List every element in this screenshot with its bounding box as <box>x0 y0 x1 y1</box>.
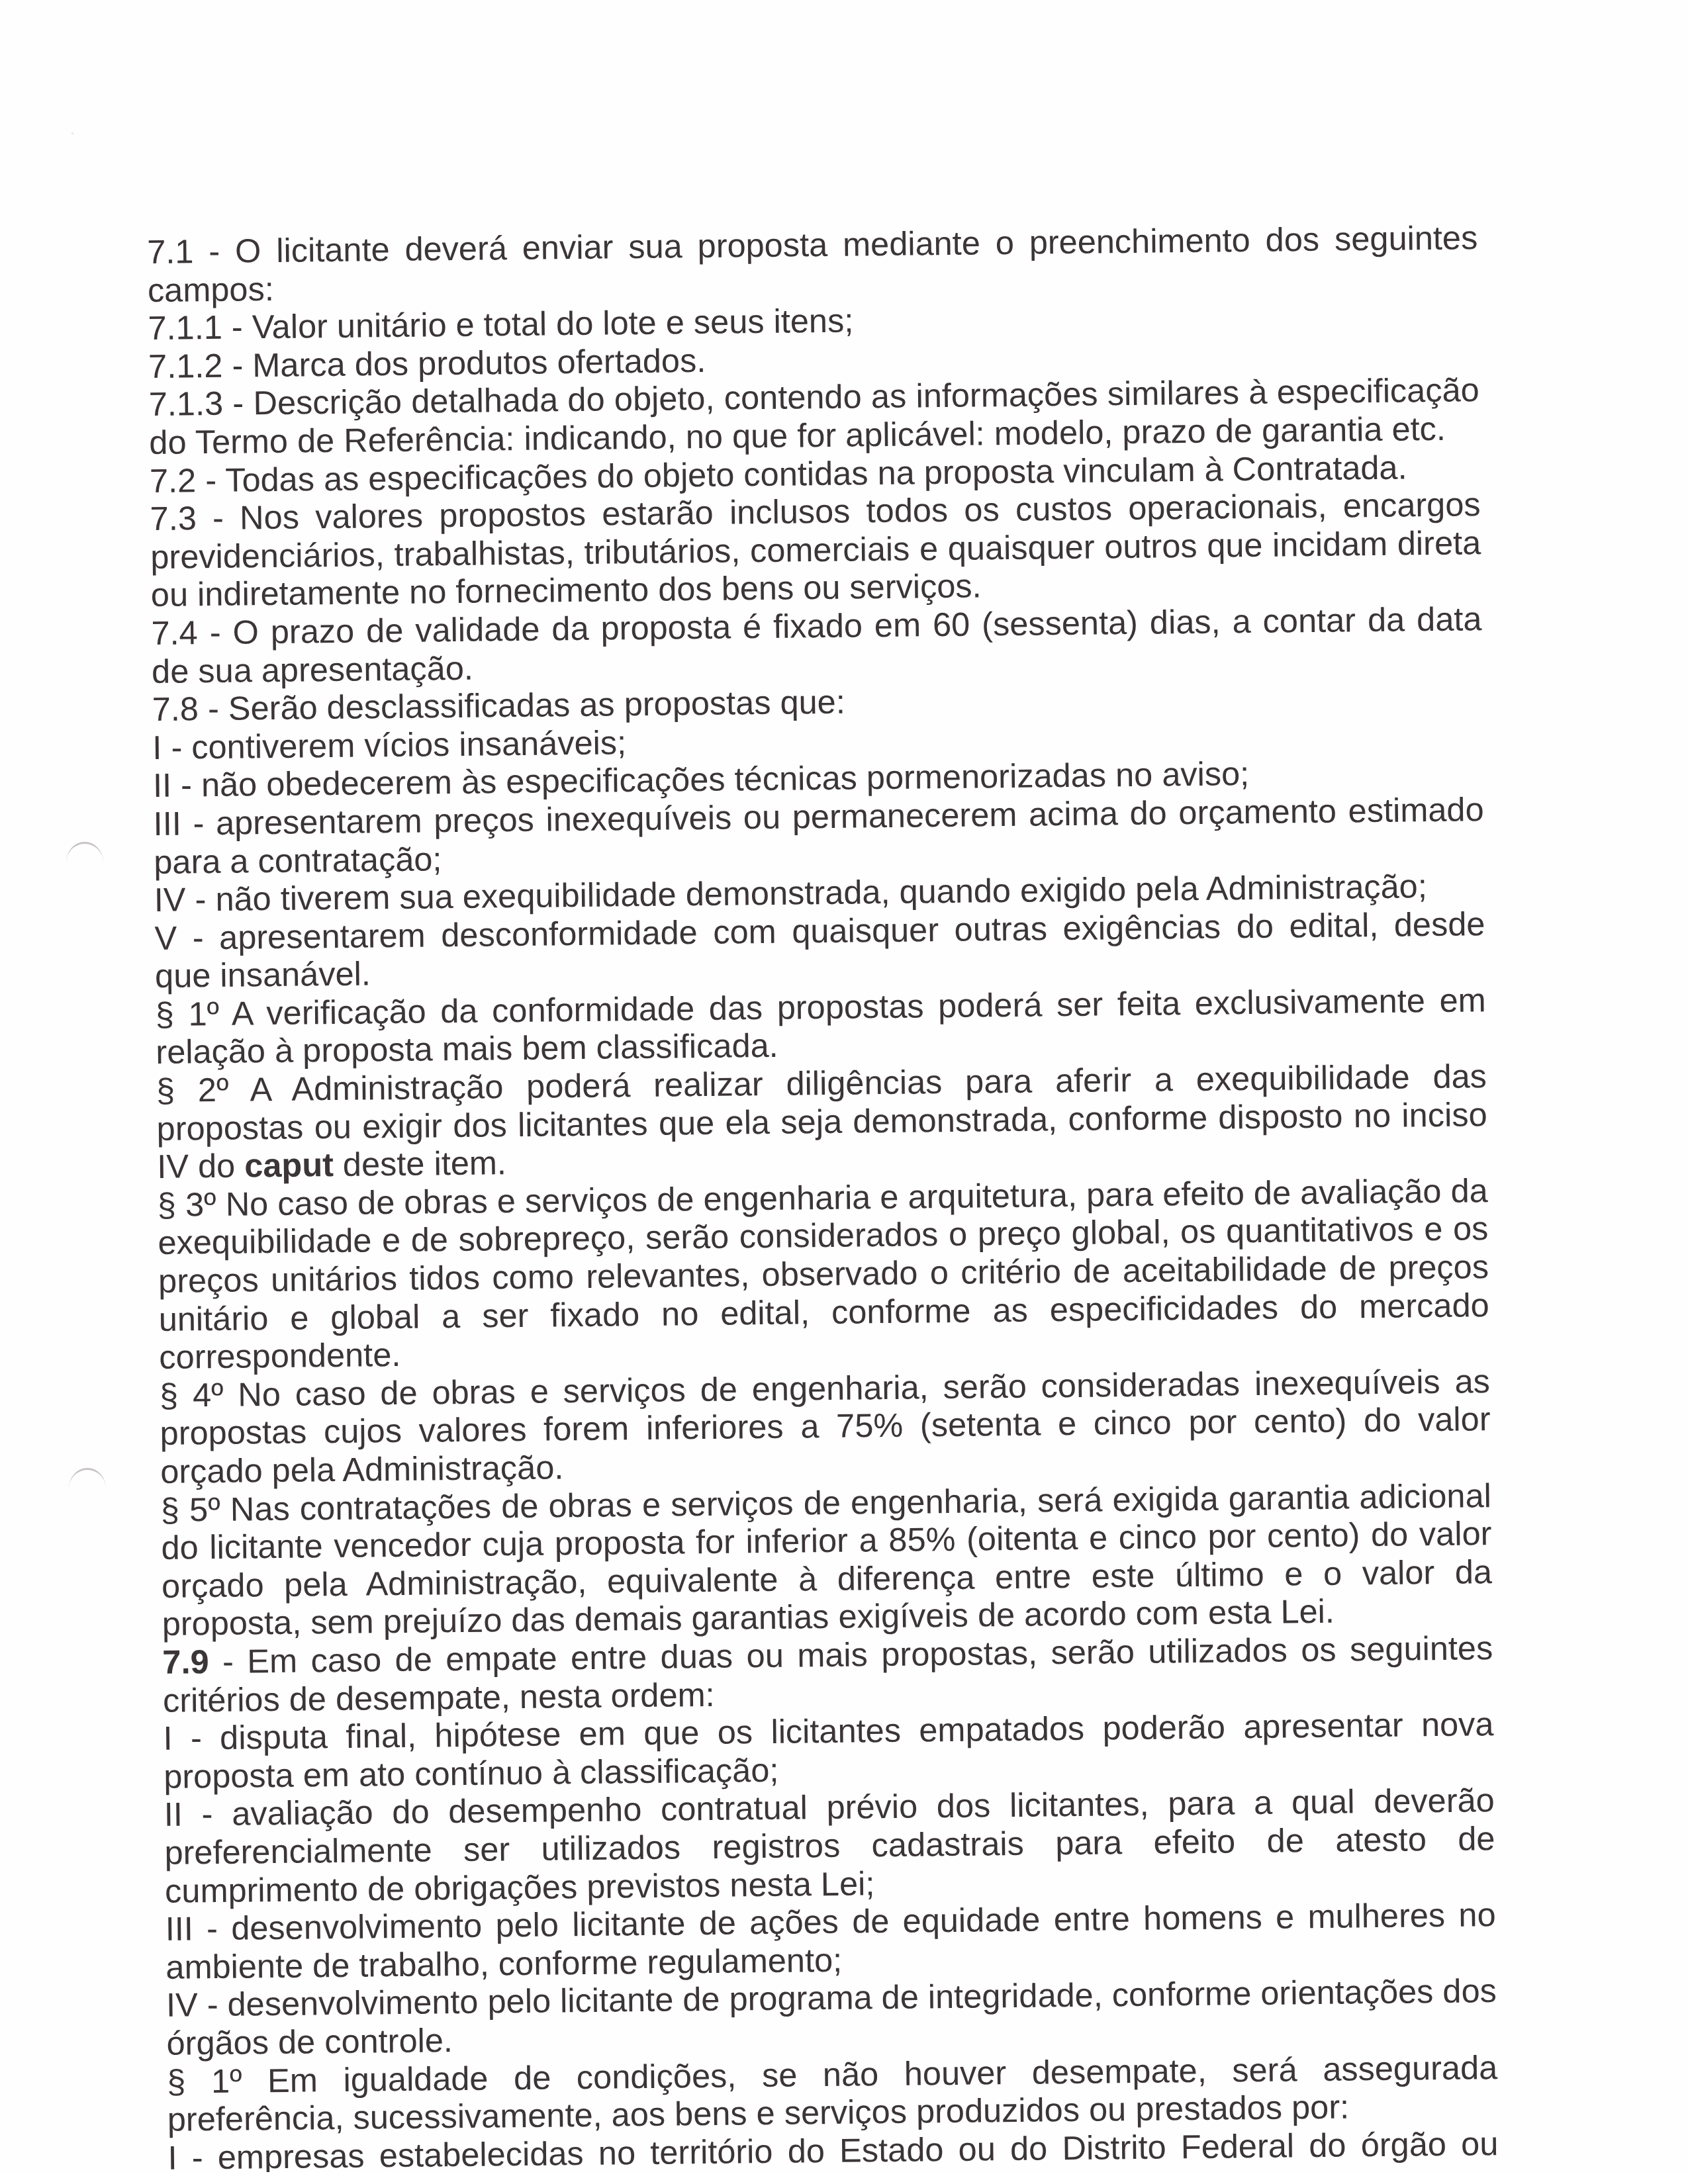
document-body: 7.1 - O licitante deverá enviar sua prop… <box>147 218 1499 2177</box>
clause-7-9-item-i: I - disputa final, hipótese em que os li… <box>163 1705 1494 1796</box>
clause-7-8-paragraph-5: § 5º Nas contratações de obras e serviço… <box>161 1477 1493 1643</box>
paragraph-2-text-after: deste item. <box>334 1144 507 1183</box>
clause-7-8-paragraph-2: § 2º A Administração poderá realizar dil… <box>156 1057 1488 1186</box>
clause-7-9-item-ii: II - avaliação do desempenho contratual … <box>164 1781 1496 1910</box>
page-bottom-edge <box>0 2172 1688 2184</box>
clause-7-1-3: 7.1.3 - Descrição detalhada do objeto, c… <box>148 371 1479 462</box>
clause-7-1: 7.1 - O licitante deverá enviar sua prop… <box>147 218 1478 309</box>
clause-7-9-paragraph-1: § 1º Em igualdade de condições, se não h… <box>167 2048 1498 2139</box>
punch-hole-mark-bottom <box>69 1468 106 1488</box>
clause-7-9-item-iii: III - desenvolvimento pelo licitante de … <box>165 1895 1496 1986</box>
clause-7-9-number: 7.9 <box>162 1643 209 1681</box>
clause-7-4: 7.4 - O prazo de validade da proposta é … <box>151 600 1482 690</box>
punch-hole-mark-top <box>66 842 103 862</box>
clause-7-8-paragraph-1: § 1º A verificação da conformidade das p… <box>155 981 1486 1071</box>
clause-7-9-text: - Em caso de empate entre duas ou mais p… <box>163 1629 1493 1719</box>
clause-7-3: 7.3 - Nos valores propostos estarão incl… <box>150 485 1481 614</box>
clause-7-9: 7.9 - Em caso de empate entre duas ou ma… <box>162 1629 1493 1719</box>
scanned-page: 7.1 - O licitante deverá enviar sua prop… <box>0 0 1688 2184</box>
caput-bold-term: caput <box>244 1146 334 1184</box>
clause-7-8-item-v: V - apresentarem desconformidade com qua… <box>154 905 1485 995</box>
scan-speck <box>71 132 73 134</box>
clause-7-9-item-iv: IV - desenvolvimento pelo licitante de p… <box>166 1972 1497 2062</box>
clause-7-8-paragraph-4: § 4º No caso de obras e serviços de enge… <box>160 1362 1491 1491</box>
clause-7-8-item-iii: III - apresentarem preços inexequíveis o… <box>153 790 1484 881</box>
clause-7-8-paragraph-3: § 3º No caso de obras e serviços de enge… <box>158 1171 1490 1377</box>
